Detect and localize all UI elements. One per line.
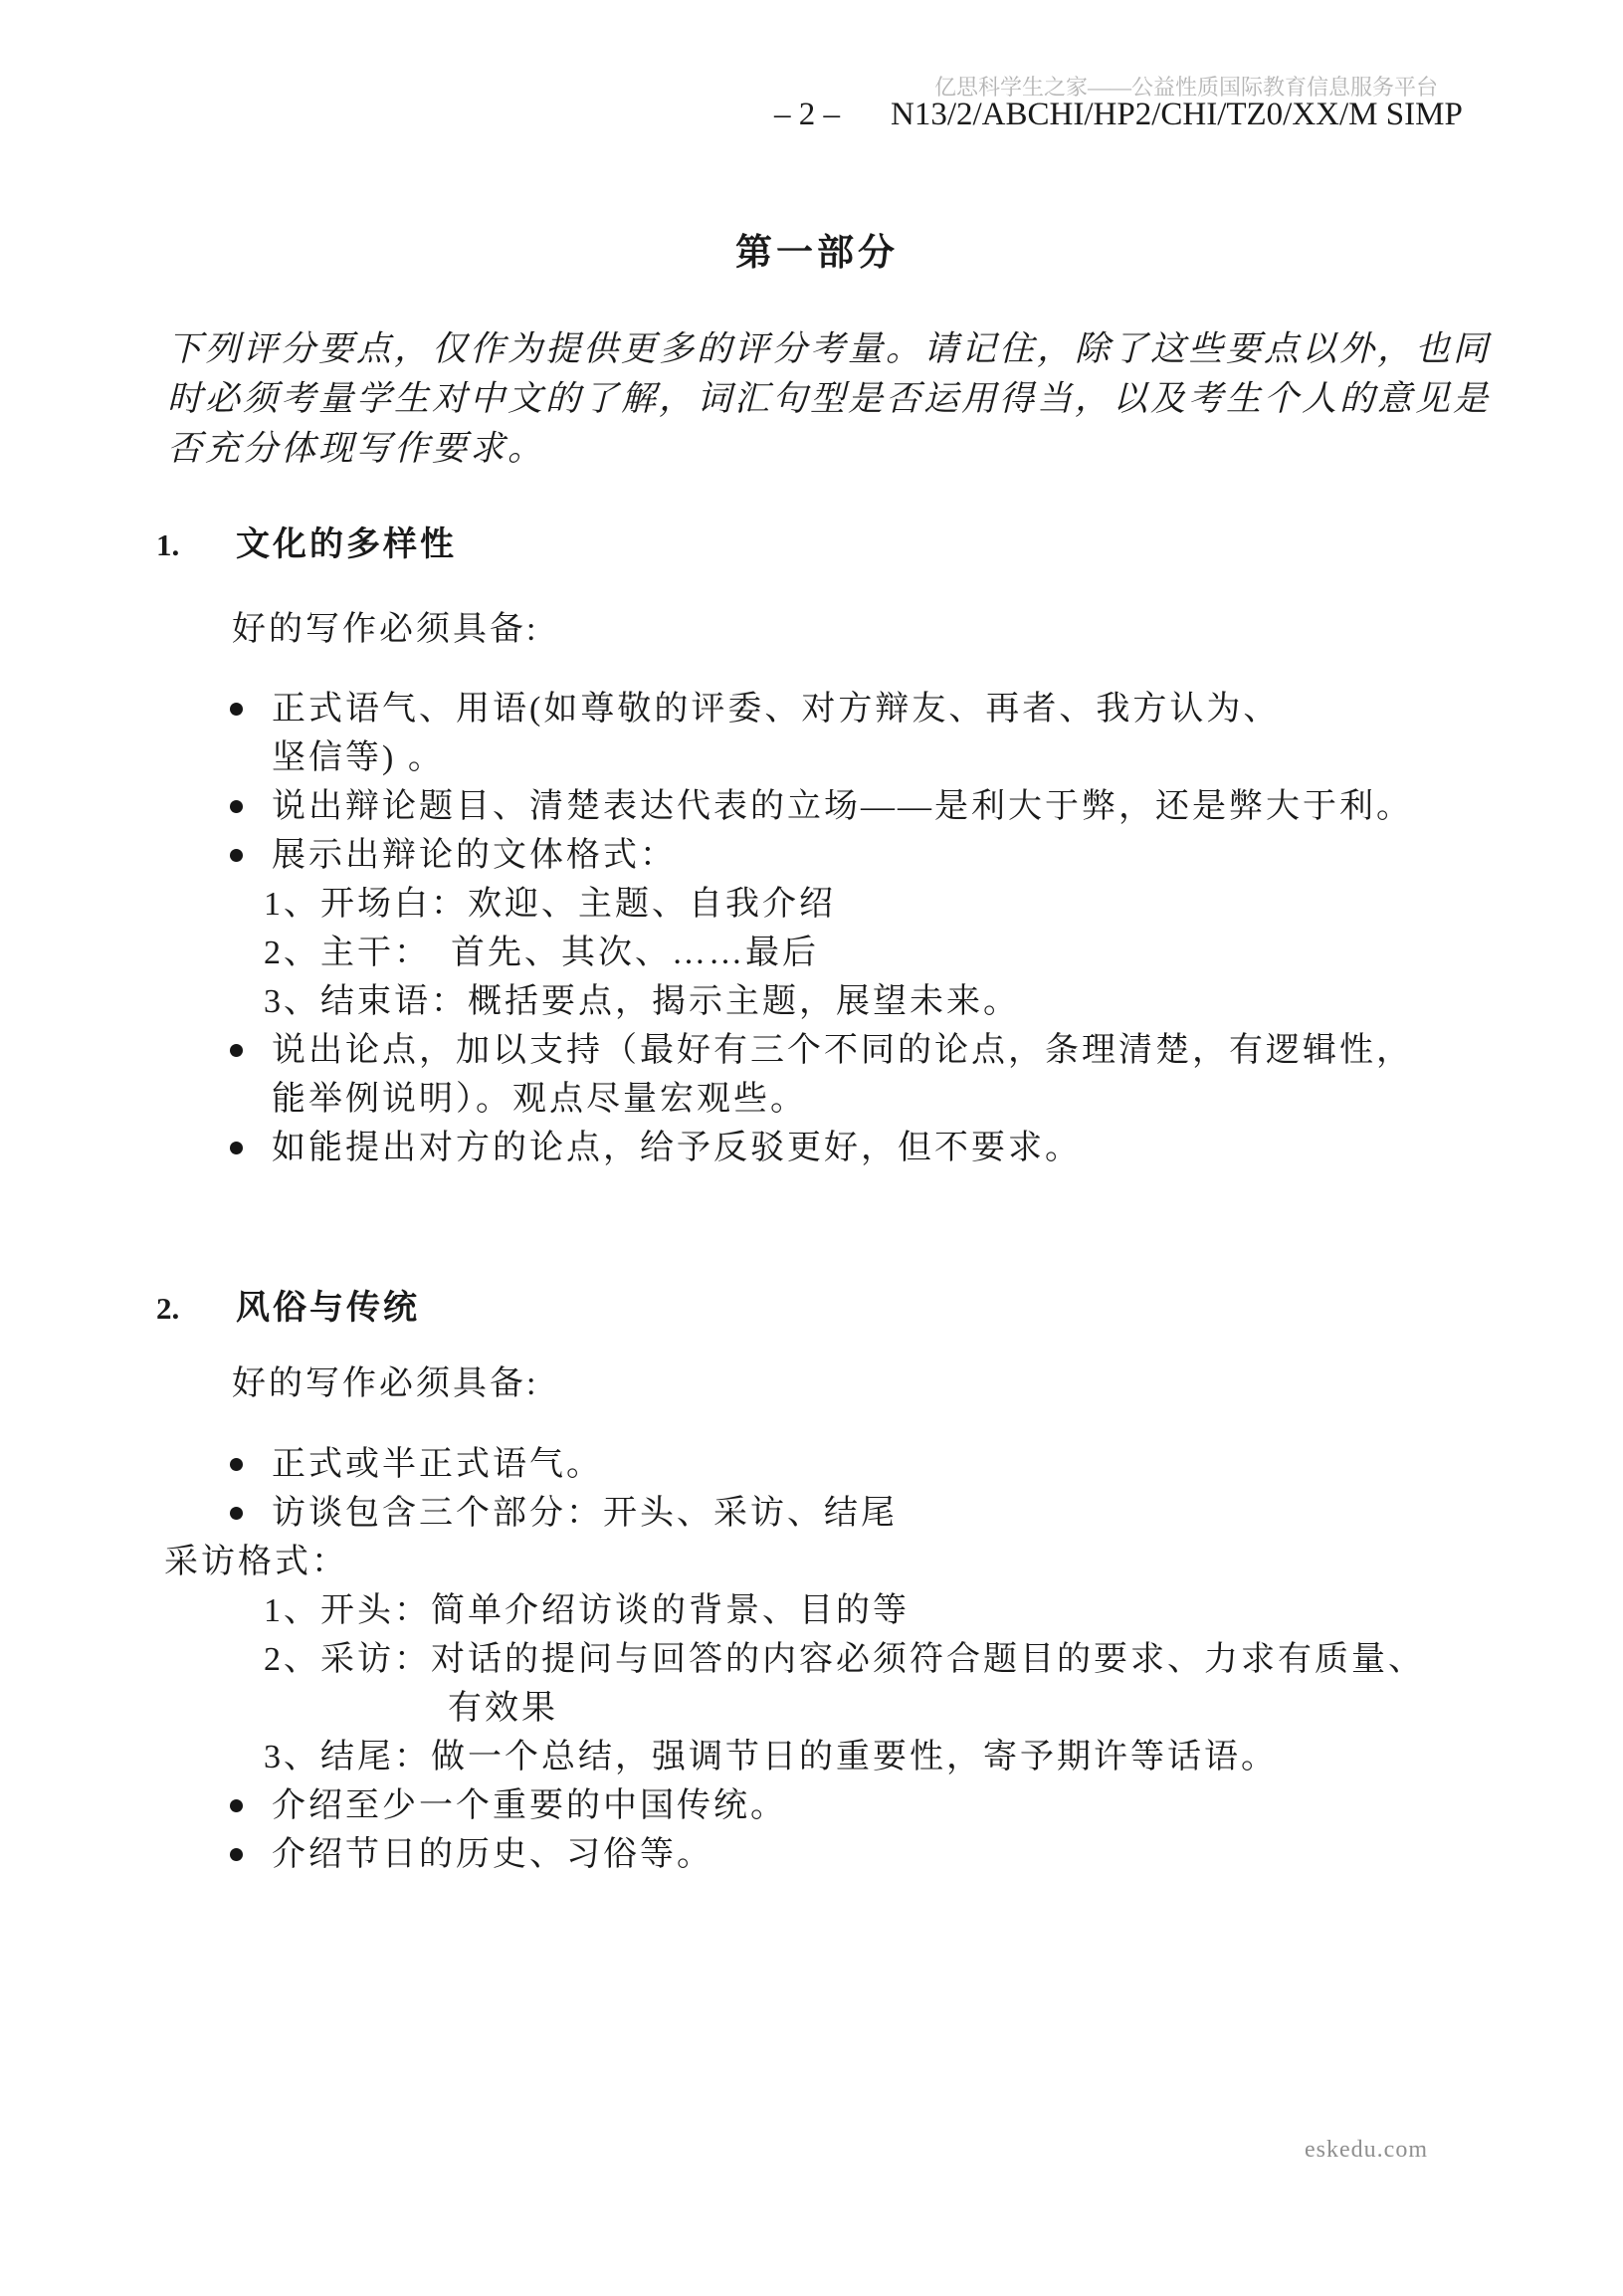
sub-list-item: 2、采访：对话的提问与回答的内容必须符合题目的要求、力求有质量、 — [156, 1635, 1494, 1684]
list-item-text: 1、开场白：欢迎、主题、自我介绍 — [264, 886, 836, 923]
footer-site-text: eskedu.com — [1305, 2136, 1428, 2165]
section2-title: 风俗与传统 — [236, 1290, 420, 1327]
section1-number: 1. — [156, 521, 236, 569]
list-item-text: 2、主干： 首先、其次、……最后 — [264, 935, 819, 971]
list-item: 正式语气、用语(如尊敬的评委、对方辩友、再者、我方认为、 — [156, 685, 1494, 733]
list-item-text: 正式语气、用语(如尊敬的评委、对方辩友、再者、我方认为、 — [272, 691, 1280, 728]
intro-line: 时必须考量学生对中文的了解，词汇句型是否运用得当，以及考生个人的意见是 — [167, 374, 1494, 424]
list-item: 正式或半正式语气。 — [156, 1440, 1494, 1489]
list-item-text: 2、采访：对话的提问与回答的内容必须符合题目的要求、力求有质量、 — [264, 1641, 1425, 1678]
list-item-continuation: 能举例说明）。观点尽量宏观些。 — [156, 1075, 1494, 1124]
bullet-dot-icon — [230, 800, 243, 813]
list-item: 说出辩论题目、清楚表达代表的立场——是利大于弊，还是弊大于利。 — [156, 782, 1494, 831]
intro-paragraph: 下列评分要点，仅作为提供更多的评分考量。请记住，除了这些要点以外，也同 时必须考… — [167, 324, 1494, 474]
page-title: 第一部分 — [140, 229, 1494, 278]
document-body: 第一部分 下列评分要点，仅作为提供更多的评分考量。请记住，除了这些要点以外，也同… — [0, 229, 1623, 1879]
list-item: 展示出辩论的文体格式： — [156, 831, 1494, 880]
intro-line: 下列评分要点，仅作为提供更多的评分考量。请记住，除了这些要点以外，也同 — [167, 324, 1494, 374]
exam-code: N13/2/ABCHI/HP2/CHI/TZ0/XX/M SIMP — [891, 97, 1463, 132]
list-item-continuation: 坚信等) 。 — [156, 733, 1494, 782]
interview-format-label: 采访格式： — [156, 1538, 1494, 1586]
section1-heading: 1.文化的多样性 — [156, 521, 1494, 569]
bullet-dot-icon — [230, 1507, 243, 1520]
list-item: 介绍节日的历史、习俗等。 — [156, 1830, 1494, 1879]
list-item-text: 有效果 — [448, 1690, 558, 1727]
intro-line: 否充分体现写作要求。 — [167, 424, 1494, 474]
list-item-text: 正式或半正式语气。 — [272, 1446, 603, 1483]
list-item-text: 3、结尾：做一个总结，强调节日的重要性，寄予期许等话语。 — [264, 1739, 1278, 1775]
bullet-dot-icon — [230, 703, 243, 716]
sub-list-item-continuation: 有效果 — [156, 1684, 1494, 1733]
list-item-text: 介绍至少一个重要的中国传统。 — [272, 1787, 787, 1824]
list-item-text: 3、结束语：概括要点，揭示主题，展望未来。 — [264, 983, 1020, 1020]
list-item: 介绍至少一个重要的中国传统。 — [156, 1781, 1494, 1830]
section1-lead: 好的写作必须具备: — [232, 605, 1494, 654]
bullet-dot-icon — [230, 1142, 243, 1154]
bullet-dot-icon — [230, 1799, 243, 1812]
bullet-dot-icon — [230, 849, 243, 862]
section1-list: 正式语气、用语(如尊敬的评委、对方辩友、再者、我方认为、 坚信等) 。 说出辩论… — [156, 685, 1494, 1172]
section1-title: 文化的多样性 — [236, 526, 457, 563]
section2-list: 正式或半正式语气。 访谈包含三个部分：开头、采访、结尾 采访格式： 1、开头：简… — [156, 1440, 1494, 1879]
list-item-text: 采访格式： — [164, 1544, 348, 1580]
list-item-text: 介绍节日的历史、习俗等。 — [272, 1836, 713, 1873]
list-item-text: 1、开头：简单介绍访谈的背景、目的等 — [264, 1592, 910, 1629]
section2-number: 2. — [156, 1284, 236, 1333]
list-item-text: 访谈包含三个部分：开头、采访、结尾 — [272, 1495, 898, 1532]
list-item-text: 展示出辩论的文体格式： — [272, 837, 677, 874]
list-item-text: 说出论点，加以支持（最好有三个不同的论点，条理清楚，有逻辑性， — [272, 1032, 1413, 1069]
sub-list-item: 3、结尾：做一个总结，强调节日的重要性，寄予期许等话语。 — [156, 1733, 1494, 1781]
list-item: 如能提出对方的论点，给予反驳更好，但不要求。 — [156, 1124, 1494, 1172]
list-item-text: 能举例说明）。观点尽量宏观些。 — [272, 1081, 807, 1118]
section2-lead: 好的写作必须具备: — [232, 1359, 1494, 1408]
sub-list-item: 1、开头：简单介绍访谈的背景、目的等 — [156, 1586, 1494, 1635]
list-item: 访谈包含三个部分：开头、采访、结尾 — [156, 1489, 1494, 1538]
bullet-dot-icon — [230, 1044, 243, 1057]
sub-list-item: 1、开场白：欢迎、主题、自我介绍 — [156, 880, 1494, 929]
sub-list-item: 3、结束语：概括要点，揭示主题，展望未来。 — [156, 977, 1494, 1026]
document-page: 亿思科学生之家——公益性质国际教育信息服务平台 – 2 – N13/2/ABCH… — [0, 0, 1623, 2296]
section2-heading: 2.风俗与传统 — [156, 1284, 1494, 1333]
list-item-text: 说出辩论题目、清楚表达代表的立场——是利大于弊，还是弊大于利。 — [272, 788, 1413, 825]
page-number: – 2 – — [774, 97, 840, 132]
list-item-text: 坚信等) 。 — [272, 739, 445, 776]
sub-list-item: 2、主干： 首先、其次、……最后 — [156, 929, 1494, 977]
list-item: 说出论点，加以支持（最好有三个不同的论点，条理清楚，有逻辑性， — [156, 1026, 1494, 1075]
bullet-dot-icon — [230, 1458, 243, 1471]
list-item-text: 如能提出对方的论点，给予反驳更好，但不要求。 — [272, 1130, 1082, 1166]
bullet-dot-icon — [230, 1848, 243, 1861]
